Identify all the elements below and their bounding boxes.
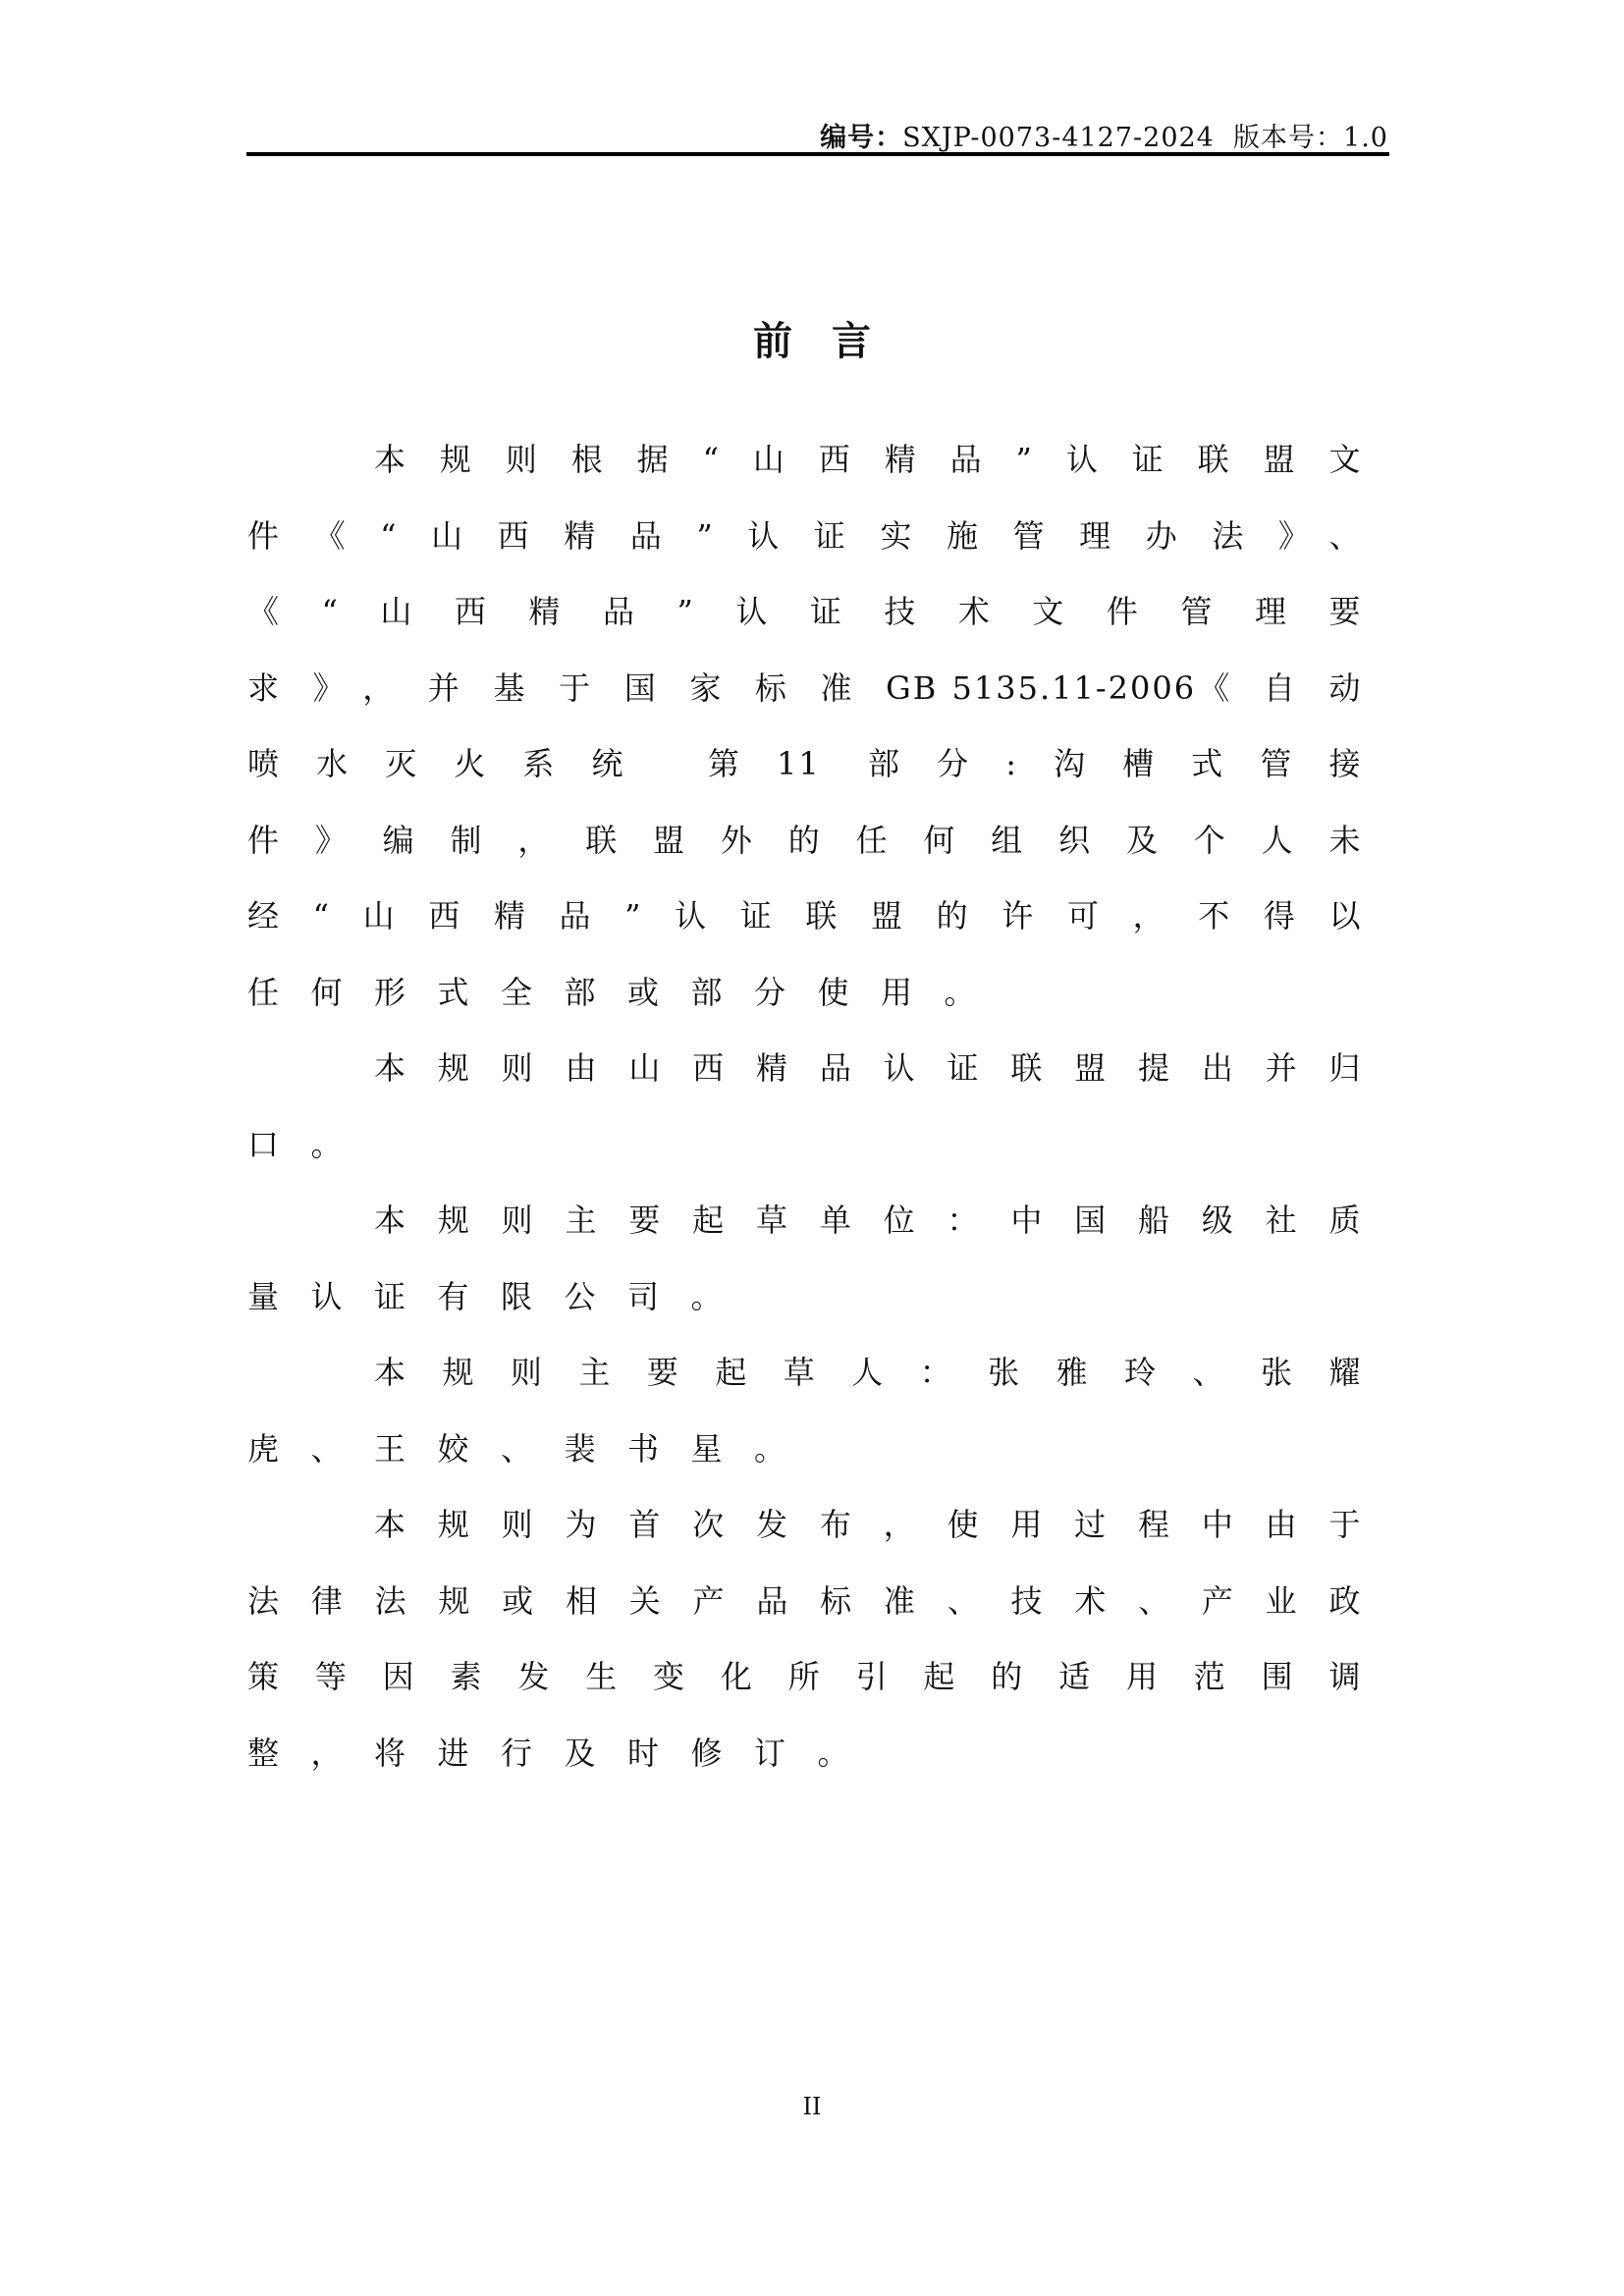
part-number: 11 bbox=[777, 745, 821, 782]
standard-code: GB 5135.11-2006 bbox=[886, 669, 1196, 707]
version-number: 1.0 bbox=[1343, 123, 1388, 153]
foreword-body: 本规则根据“山西精品”认证联盟文件《“山西精品”认证实施管理办法》、《“山西精品… bbox=[247, 422, 1392, 1791]
paragraph-drafters: 本规则主要起草人：张雅玲、张耀虎、王姣、裴书星。 bbox=[247, 1335, 1392, 1487]
header-divider bbox=[246, 152, 1389, 156]
paragraph-text: 时修订。 bbox=[627, 1735, 881, 1772]
paragraph-drafting-unit: 本规则主要起草单位：中国船级社质量认证有限公司。 bbox=[247, 1183, 1392, 1335]
page-title: 前言 bbox=[0, 310, 1624, 366]
paragraph-text: 部分:沟槽式 bbox=[868, 745, 1260, 782]
paragraph-revision: 本规则为首次发布，使用过程中由于法律法规或相关产品标准、技术、产业政策等因素发生… bbox=[247, 1487, 1392, 1791]
document-number-label: 编号： bbox=[820, 123, 902, 153]
version-label: 版本号： bbox=[1233, 123, 1343, 153]
paragraph-basis: 本规则根据“山西精品”认证联盟文件《“山西精品”认证实施管理办法》、《“山西精品… bbox=[247, 422, 1392, 1031]
paragraph-text: 国家标准 bbox=[624, 669, 886, 707]
paragraph-proposer: 本规则由山西精品认证联盟提出并归口。 bbox=[247, 1031, 1392, 1183]
document-number: SXJP-0073-4127-2024 bbox=[902, 123, 1215, 153]
page-number: II bbox=[0, 2093, 1624, 2120]
document-header: 编号：SXJP-0073-4127-2024 版本号：1.0 bbox=[820, 116, 1388, 154]
paragraph-text: 第 bbox=[708, 745, 777, 782]
